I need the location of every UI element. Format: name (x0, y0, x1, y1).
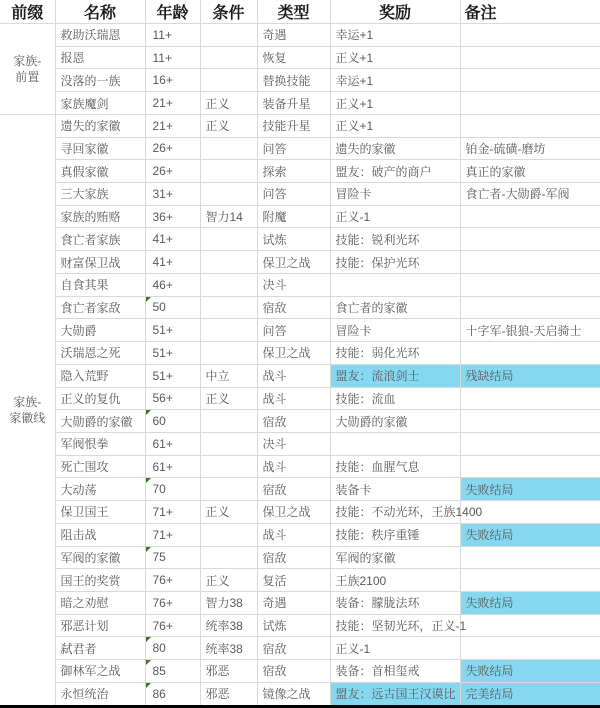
cell-name-text: 大动荡 (61, 483, 97, 497)
cell-cond (200, 46, 257, 69)
cell-name: 救助沃瑞恩 (55, 24, 145, 47)
cell-comment-mark-icon (146, 660, 151, 665)
cell-name: 邪恶计划 (55, 614, 145, 637)
cell-cond: 正义 (200, 92, 257, 115)
cell-reward: 技能：弱化光环 (330, 342, 460, 365)
cell-cond (200, 455, 257, 478)
cell-age: 85 (145, 660, 200, 683)
table-row: 三大家族31+问答冒险卡食亡者-大勋爵-军阀 (0, 183, 600, 206)
cell-name-text: 食亡者家敌 (61, 301, 121, 315)
cell-reward: 正义-1 (330, 205, 460, 228)
cell-age-text: 70 (153, 482, 166, 496)
cell-type: 战斗 (257, 523, 330, 546)
cell-note-text: 残缺结局 (466, 369, 514, 383)
cell-type-text: 复活 (263, 574, 287, 588)
cell-name: 军阀的家徽 (55, 546, 145, 569)
table-row: 财富保卫战41+保卫之战技能：保护光环 (0, 251, 600, 274)
cell-note (460, 273, 600, 296)
cell-age: 51+ (145, 319, 200, 342)
cell-reward-text: 正义-1 (336, 642, 371, 656)
cell-name-text: 大勋爵的家徽 (61, 415, 133, 429)
cell-age-text: 61+ (153, 437, 173, 451)
cell-cond: 邪恶 (200, 660, 257, 683)
cell-name-text: 军阀恨拳 (61, 437, 109, 451)
cell-type-text: 保卫之战 (263, 346, 311, 360)
cell-age: 26+ (145, 160, 200, 183)
cell-age-text: 46+ (153, 278, 173, 292)
cell-note: 失败结局 (460, 660, 600, 683)
cell-note-text: 失败结局 (466, 596, 514, 610)
cell-age-text: 85 (153, 664, 166, 678)
cell-comment-mark-icon (146, 637, 151, 642)
cell-cond-text: 邪恶 (206, 664, 230, 678)
cell-name-text: 没落的一族 (61, 74, 121, 88)
table-row: 家族的贿赂36+智力14附魔正义-1 (0, 205, 600, 228)
cell-note: 食亡者-大勋爵-军阀 (460, 183, 600, 206)
table-row: 食亡者家族41+试炼技能：锐利光环 (0, 228, 600, 251)
cell-age: 41+ (145, 251, 200, 274)
cell-cond (200, 251, 257, 274)
cell-type: 宿敌 (257, 637, 330, 660)
cell-type-text: 战斗 (263, 528, 287, 542)
cell-cond-text: 智力38 (206, 596, 243, 610)
cell-age: 11+ (145, 46, 200, 69)
cell-reward-text: 盟友：远古国王汉谟比 (336, 687, 456, 701)
cell-prefix-group: 家族- 前置 (0, 24, 55, 115)
cell-prefix-group: 家族- 家徽线 (0, 114, 55, 706)
cell-name-text: 邪恶计划 (61, 619, 109, 633)
cell-note (460, 410, 600, 433)
cell-age: 50 (145, 296, 200, 319)
cell-type: 问答 (257, 183, 330, 206)
cell-name-text: 国王的奖赏 (61, 574, 121, 588)
table-row: 隐入荒野51+中立战斗盟友：流浪剑士残缺结局 (0, 364, 600, 387)
table-row: 报恩11+恢复正义+1 (0, 46, 600, 69)
cell-age: 56+ (145, 387, 200, 410)
cell-note (460, 455, 600, 478)
table-row: 保卫国王71+正义保卫之战技能：不动光环，王族1400 (0, 501, 600, 524)
cell-note-text: 食亡者-大勋爵-军阀 (466, 187, 570, 201)
cell-name: 真假家徽 (55, 160, 145, 183)
cell-cond (200, 319, 257, 342)
cell-cond: 正义 (200, 387, 257, 410)
cell-reward: 冒险卡 (330, 183, 460, 206)
table-row: 自食其果46+决斗 (0, 273, 600, 296)
cell-reward: 盟友：流浪剑士 (330, 364, 460, 387)
cell-cond: 正义 (200, 501, 257, 524)
cell-type: 宿敌 (257, 546, 330, 569)
cell-type: 宿敌 (257, 660, 330, 683)
cell-age-text: 11+ (153, 28, 172, 42)
cell-cond: 智力14 (200, 205, 257, 228)
cell-reward-text: 技能：坚韧光环，正义-1 (336, 619, 467, 633)
cell-name: 保卫国王 (55, 501, 145, 524)
cell-note (460, 205, 600, 228)
cell-reward: 装备：朦胧法环 (330, 591, 460, 614)
cell-type-text: 战斗 (263, 369, 287, 383)
cell-type: 保卫之战 (257, 342, 330, 365)
cell-type-text: 保卫之战 (263, 505, 311, 519)
cell-reward-text: 装备：朦胧法环 (336, 596, 420, 610)
cell-note (460, 114, 600, 137)
cell-name: 弑君者 (55, 637, 145, 660)
cell-age-text: 41+ (153, 255, 173, 269)
cell-age: 70 (145, 478, 200, 501)
cell-note: 失败结局 (460, 591, 600, 614)
cell-age: 36+ (145, 205, 200, 228)
cell-age: 21+ (145, 114, 200, 137)
cell-name-text: 保卫国王 (61, 505, 109, 519)
cell-reward-text: 冒险卡 (336, 324, 372, 338)
cell-age-text: 71+ (153, 505, 173, 519)
cell-reward-text: 盟友：流浪剑士 (336, 369, 420, 383)
cell-type-text: 替换技能 (263, 74, 311, 88)
cell-type: 问答 (257, 137, 330, 160)
cell-type-text: 探索 (263, 165, 287, 179)
cell-reward-text: 技能：不动光环，王族1400 (336, 505, 483, 519)
cell-name: 食亡者家族 (55, 228, 145, 251)
cell-cond (200, 160, 257, 183)
cell-name-text: 永恒统治 (61, 687, 109, 701)
cell-age-text: 86 (153, 687, 166, 701)
cell-age-text: 16+ (153, 73, 173, 87)
cell-note (460, 251, 600, 274)
cell-type-text: 奇遇 (263, 596, 287, 610)
cell-type-text: 保卫之战 (263, 256, 311, 270)
cell-type-text: 装备升星 (263, 97, 311, 111)
cell-reward-text: 军阀的家徽 (336, 551, 396, 565)
cell-age: 11+ (145, 24, 200, 47)
cell-age-text: 51+ (153, 369, 173, 383)
cell-cond (200, 478, 257, 501)
cell-note-text: 铂金-硫磺-磨坊 (466, 142, 546, 156)
table-row: 阻击战71+战斗技能：秩序重锤失败结局 (0, 523, 600, 546)
cell-name: 大勋爵的家徽 (55, 410, 145, 433)
cell-reward-text: 技能：保护光环 (336, 256, 420, 270)
cell-type-text: 技能升星 (263, 119, 311, 133)
cell-note: 失败结局 (460, 478, 600, 501)
cell-type-text: 战斗 (263, 392, 287, 406)
cell-type-text: 问答 (263, 187, 287, 201)
cell-cond (200, 342, 257, 365)
cell-name: 三大家族 (55, 183, 145, 206)
cell-note (460, 24, 600, 47)
table-row: 弑君者80统率38宿敌正义-1 (0, 637, 600, 660)
cell-cond: 正义 (200, 114, 257, 137)
column-header-prefix: 前缀 (0, 0, 55, 24)
cell-cond-text: 中立 (206, 369, 230, 383)
cell-name: 大动荡 (55, 478, 145, 501)
cell-reward-text: 技能：流血 (336, 392, 396, 406)
cell-note-text: 真正的家徽 (466, 165, 526, 179)
cell-reward: 军阀的家徽 (330, 546, 460, 569)
quest-table: 前缀 名称 年龄 条件 类型 奖励 备注 家族- 前置救助沃瑞恩11+奇遇幸运+… (0, 0, 600, 708)
cell-age: 61+ (145, 432, 200, 455)
cell-note (460, 228, 600, 251)
cell-type: 替换技能 (257, 69, 330, 92)
cell-name-text: 弑君者 (61, 642, 97, 656)
cell-note-text: 失败结局 (466, 664, 514, 678)
cell-name-text: 家族的贿赂 (61, 210, 121, 224)
cell-name: 死亡围攻 (55, 455, 145, 478)
cell-note (460, 614, 600, 637)
cell-cond (200, 228, 257, 251)
cell-reward: 幸运+1 (330, 24, 460, 47)
cell-note: 完美结局 (460, 682, 600, 706)
column-header-name: 名称 (55, 0, 145, 24)
cell-type: 宿敌 (257, 478, 330, 501)
cell-age-text: 21+ (153, 96, 173, 110)
cell-age: 86 (145, 682, 200, 706)
cell-note-text: 失败结局 (466, 528, 514, 542)
cell-type-text: 附魔 (263, 210, 287, 224)
cell-age-text: 31+ (153, 187, 173, 201)
column-header-age: 年龄 (145, 0, 200, 24)
cell-age-text: 26+ (153, 141, 173, 155)
cell-name: 阻击战 (55, 523, 145, 546)
cell-reward-text: 王族2100 (336, 574, 387, 588)
cell-name-text: 三大家族 (61, 187, 109, 201)
table-row: 大勋爵的家徽60宿敌大勋爵的家徽 (0, 410, 600, 433)
cell-name: 大勋爵 (55, 319, 145, 342)
cell-age-text: 60 (153, 414, 166, 428)
cell-age: 41+ (145, 228, 200, 251)
cell-reward: 冒险卡 (330, 319, 460, 342)
table-row: 死亡围攻61+战斗技能：血腥气息 (0, 455, 600, 478)
cell-reward: 装备：首相玺戒 (330, 660, 460, 683)
cell-cond: 统率38 (200, 614, 257, 637)
cell-cond-text: 邪恶 (206, 687, 230, 701)
cell-cond-text: 正义 (206, 392, 230, 406)
table-row: 正义的复仇56+正义战斗技能：流血 (0, 387, 600, 410)
cell-reward-text: 技能：血腥气息 (336, 460, 420, 474)
cell-type-text: 恢复 (263, 51, 287, 65)
cell-reward: 正义+1 (330, 46, 460, 69)
cell-name: 自食其果 (55, 273, 145, 296)
cell-cond-text: 正义 (206, 505, 230, 519)
cell-age: 31+ (145, 183, 200, 206)
cell-note (460, 637, 600, 660)
cell-name-text: 寻回家徽 (61, 142, 109, 156)
table-row: 暗之劝慰76+智力38奇遇装备：朦胧法环失败结局 (0, 591, 600, 614)
table-row: 永恒统治86邪恶镜像之战盟友：远古国王汉谟比完美结局 (0, 682, 600, 706)
cell-name: 报恩 (55, 46, 145, 69)
cell-age: 80 (145, 637, 200, 660)
cell-type: 宿敌 (257, 296, 330, 319)
cell-age-text: 51+ (153, 346, 173, 360)
cell-age: 51+ (145, 364, 200, 387)
cell-note (460, 432, 600, 455)
cell-name: 遗失的家徽 (55, 114, 145, 137)
cell-reward-text: 正义-1 (336, 210, 371, 224)
cell-age: 76+ (145, 614, 200, 637)
cell-type: 奇遇 (257, 24, 330, 47)
cell-cond-text: 统率38 (206, 619, 243, 633)
cell-age: 71+ (145, 523, 200, 546)
cell-age-text: 26+ (153, 164, 173, 178)
cell-type: 宿敌 (257, 410, 330, 433)
cell-age: 21+ (145, 92, 200, 115)
cell-comment-mark-icon (146, 297, 151, 302)
cell-comment-mark-icon (146, 410, 151, 415)
cell-reward-text: 冒险卡 (336, 187, 372, 201)
table-row: 大动荡70宿敌装备卡失败结局 (0, 478, 600, 501)
cell-age-text: 76+ (153, 596, 173, 610)
cell-name-text: 真假家徽 (61, 165, 109, 179)
table-row: 食亡者家敌50宿敌食亡者的家徽 (0, 296, 600, 319)
cell-name-text: 食亡者家族 (61, 233, 121, 247)
cell-type-text: 宿敌 (263, 415, 287, 429)
cell-type: 复活 (257, 569, 330, 592)
cell-type-text: 试炼 (263, 233, 287, 247)
cell-name-text: 御林军之战 (61, 664, 121, 678)
cell-reward-text: 盟友：破产的商户 (336, 165, 432, 179)
cell-type-text: 问答 (263, 142, 287, 156)
cell-note (460, 69, 600, 92)
column-header-note: 备注 (460, 0, 600, 24)
column-header-type: 类型 (257, 0, 330, 24)
cell-type-text: 决斗 (263, 278, 287, 292)
cell-age-text: 41+ (153, 232, 173, 246)
cell-name-text: 救助沃瑞恩 (61, 28, 121, 42)
cell-comment-mark-icon (146, 547, 151, 552)
cell-age-text: 36+ (153, 210, 173, 224)
cell-name: 沃瑞恩之死 (55, 342, 145, 365)
cell-type: 镜像之战 (257, 682, 330, 706)
cell-reward: 王族2100 (330, 569, 460, 592)
cell-reward-text: 技能：锐利光环 (336, 233, 420, 247)
cell-type: 战斗 (257, 455, 330, 478)
cell-name-text: 死亡围攻 (61, 460, 109, 474)
cell-age: 26+ (145, 137, 200, 160)
cell-type: 探索 (257, 160, 330, 183)
cell-name: 国王的奖赏 (55, 569, 145, 592)
cell-name: 食亡者家敌 (55, 296, 145, 319)
cell-reward: 技能：锐利光环 (330, 228, 460, 251)
cell-name-text: 报恩 (61, 51, 85, 65)
cell-cond (200, 432, 257, 455)
cell-type: 装备升星 (257, 92, 330, 115)
cell-cond-text: 正义 (206, 97, 230, 111)
cell-note (460, 387, 600, 410)
cell-note (460, 342, 600, 365)
cell-reward-text: 食亡者的家徽 (336, 301, 408, 315)
cell-reward-text: 技能：弱化光环 (336, 346, 420, 360)
cell-name: 正义的复仇 (55, 387, 145, 410)
table-row: 军阀恨拳61+决斗 (0, 432, 600, 455)
cell-type: 保卫之战 (257, 251, 330, 274)
cell-type: 决斗 (257, 273, 330, 296)
cell-note: 失败结局 (460, 523, 600, 546)
cell-name: 财富保卫战 (55, 251, 145, 274)
cell-name-text: 财富保卫战 (61, 256, 121, 270)
cell-reward-text: 大勋爵的家徽 (336, 415, 408, 429)
cell-note: 铂金-硫磺-磨坊 (460, 137, 600, 160)
cell-cond (200, 137, 257, 160)
cell-type-text: 宿敌 (263, 642, 287, 656)
cell-age: 71+ (145, 501, 200, 524)
cell-age-text: 75 (153, 550, 166, 564)
cell-reward: 技能：秩序重锤 (330, 523, 460, 546)
cell-reward: 幸运+1 (330, 69, 460, 92)
cell-age: 61+ (145, 455, 200, 478)
cell-type-text: 决斗 (263, 437, 287, 451)
cell-note: 真正的家徽 (460, 160, 600, 183)
cell-cond: 统率38 (200, 637, 257, 660)
cell-cond (200, 273, 257, 296)
cell-reward-text: 装备：首相玺戒 (336, 664, 420, 678)
cell-age-text: 80 (153, 641, 166, 655)
cell-reward: 盟友：远古国王汉谟比 (330, 682, 460, 706)
cell-name-text: 军阀的家徽 (61, 551, 121, 565)
cell-name: 隐入荒野 (55, 364, 145, 387)
cell-type-text: 宿敌 (263, 664, 287, 678)
table-row: 家族- 家徽线遗失的家徽21+正义技能升星正义+1 (0, 114, 600, 137)
cell-cond: 中立 (200, 364, 257, 387)
cell-age-text: 61+ (153, 460, 173, 474)
cell-age: 76+ (145, 569, 200, 592)
cell-cond (200, 24, 257, 47)
cell-reward: 技能：不动光环，王族1400 (330, 501, 460, 524)
cell-reward: 技能：坚韧光环，正义-1 (330, 614, 460, 637)
cell-name-text: 沃瑞恩之死 (61, 346, 121, 360)
cell-cond (200, 410, 257, 433)
cell-age-text: 21+ (153, 119, 173, 133)
cell-type: 试炼 (257, 614, 330, 637)
cell-reward: 盟友：破产的商户 (330, 160, 460, 183)
cell-name-text: 暗之劝慰 (61, 596, 109, 610)
table-row: 家族- 前置救助沃瑞恩11+奇遇幸运+1 (0, 24, 600, 47)
cell-type: 奇遇 (257, 591, 330, 614)
cell-type: 恢复 (257, 46, 330, 69)
cell-type-text: 战斗 (263, 460, 287, 474)
cell-reward (330, 273, 460, 296)
cell-cond-text: 智力14 (206, 210, 243, 224)
cell-reward: 技能：血腥气息 (330, 455, 460, 478)
table-row: 真假家徽26+探索盟友：破产的商户真正的家徽 (0, 160, 600, 183)
cell-cond-text: 正义 (206, 574, 230, 588)
cell-type: 战斗 (257, 364, 330, 387)
table-row: 大勋爵51+问答冒险卡十字军-银狼-天启骑士 (0, 319, 600, 342)
cell-type-text: 奇遇 (263, 28, 287, 42)
cell-name: 军阀恨拳 (55, 432, 145, 455)
table-row: 没落的一族16+替换技能幸运+1 (0, 69, 600, 92)
cell-reward: 正义+1 (330, 92, 460, 115)
cell-cond (200, 523, 257, 546)
cell-name: 家族魔剑 (55, 92, 145, 115)
table-row: 寻回家徽26+问答遗失的家徽铂金-硫磺-磨坊 (0, 137, 600, 160)
cell-type: 试炼 (257, 228, 330, 251)
cell-note: 十字军-银狼-天启骑士 (460, 319, 600, 342)
cell-reward-text: 正义+1 (336, 119, 374, 133)
cell-type-text: 试炼 (263, 619, 287, 633)
cell-reward (330, 432, 460, 455)
cell-name-text: 家族魔剑 (61, 97, 109, 111)
cell-reward: 技能：保护光环 (330, 251, 460, 274)
cell-name-text: 隐入荒野 (61, 369, 109, 383)
table-row: 军阀的家徽75宿敌军阀的家徽 (0, 546, 600, 569)
cell-reward: 大勋爵的家徽 (330, 410, 460, 433)
cell-type-text: 宿敌 (263, 483, 287, 497)
cell-age: 75 (145, 546, 200, 569)
cell-type: 附魔 (257, 205, 330, 228)
cell-cond (200, 546, 257, 569)
table-body: 家族- 前置救助沃瑞恩11+奇遇幸运+1报恩11+恢复正义+1没落的一族16+替… (0, 24, 600, 707)
cell-name: 家族的贿赂 (55, 205, 145, 228)
cell-name: 暗之劝慰 (55, 591, 145, 614)
cell-type-text: 宿敌 (263, 301, 287, 315)
cell-cond: 邪恶 (200, 682, 257, 706)
